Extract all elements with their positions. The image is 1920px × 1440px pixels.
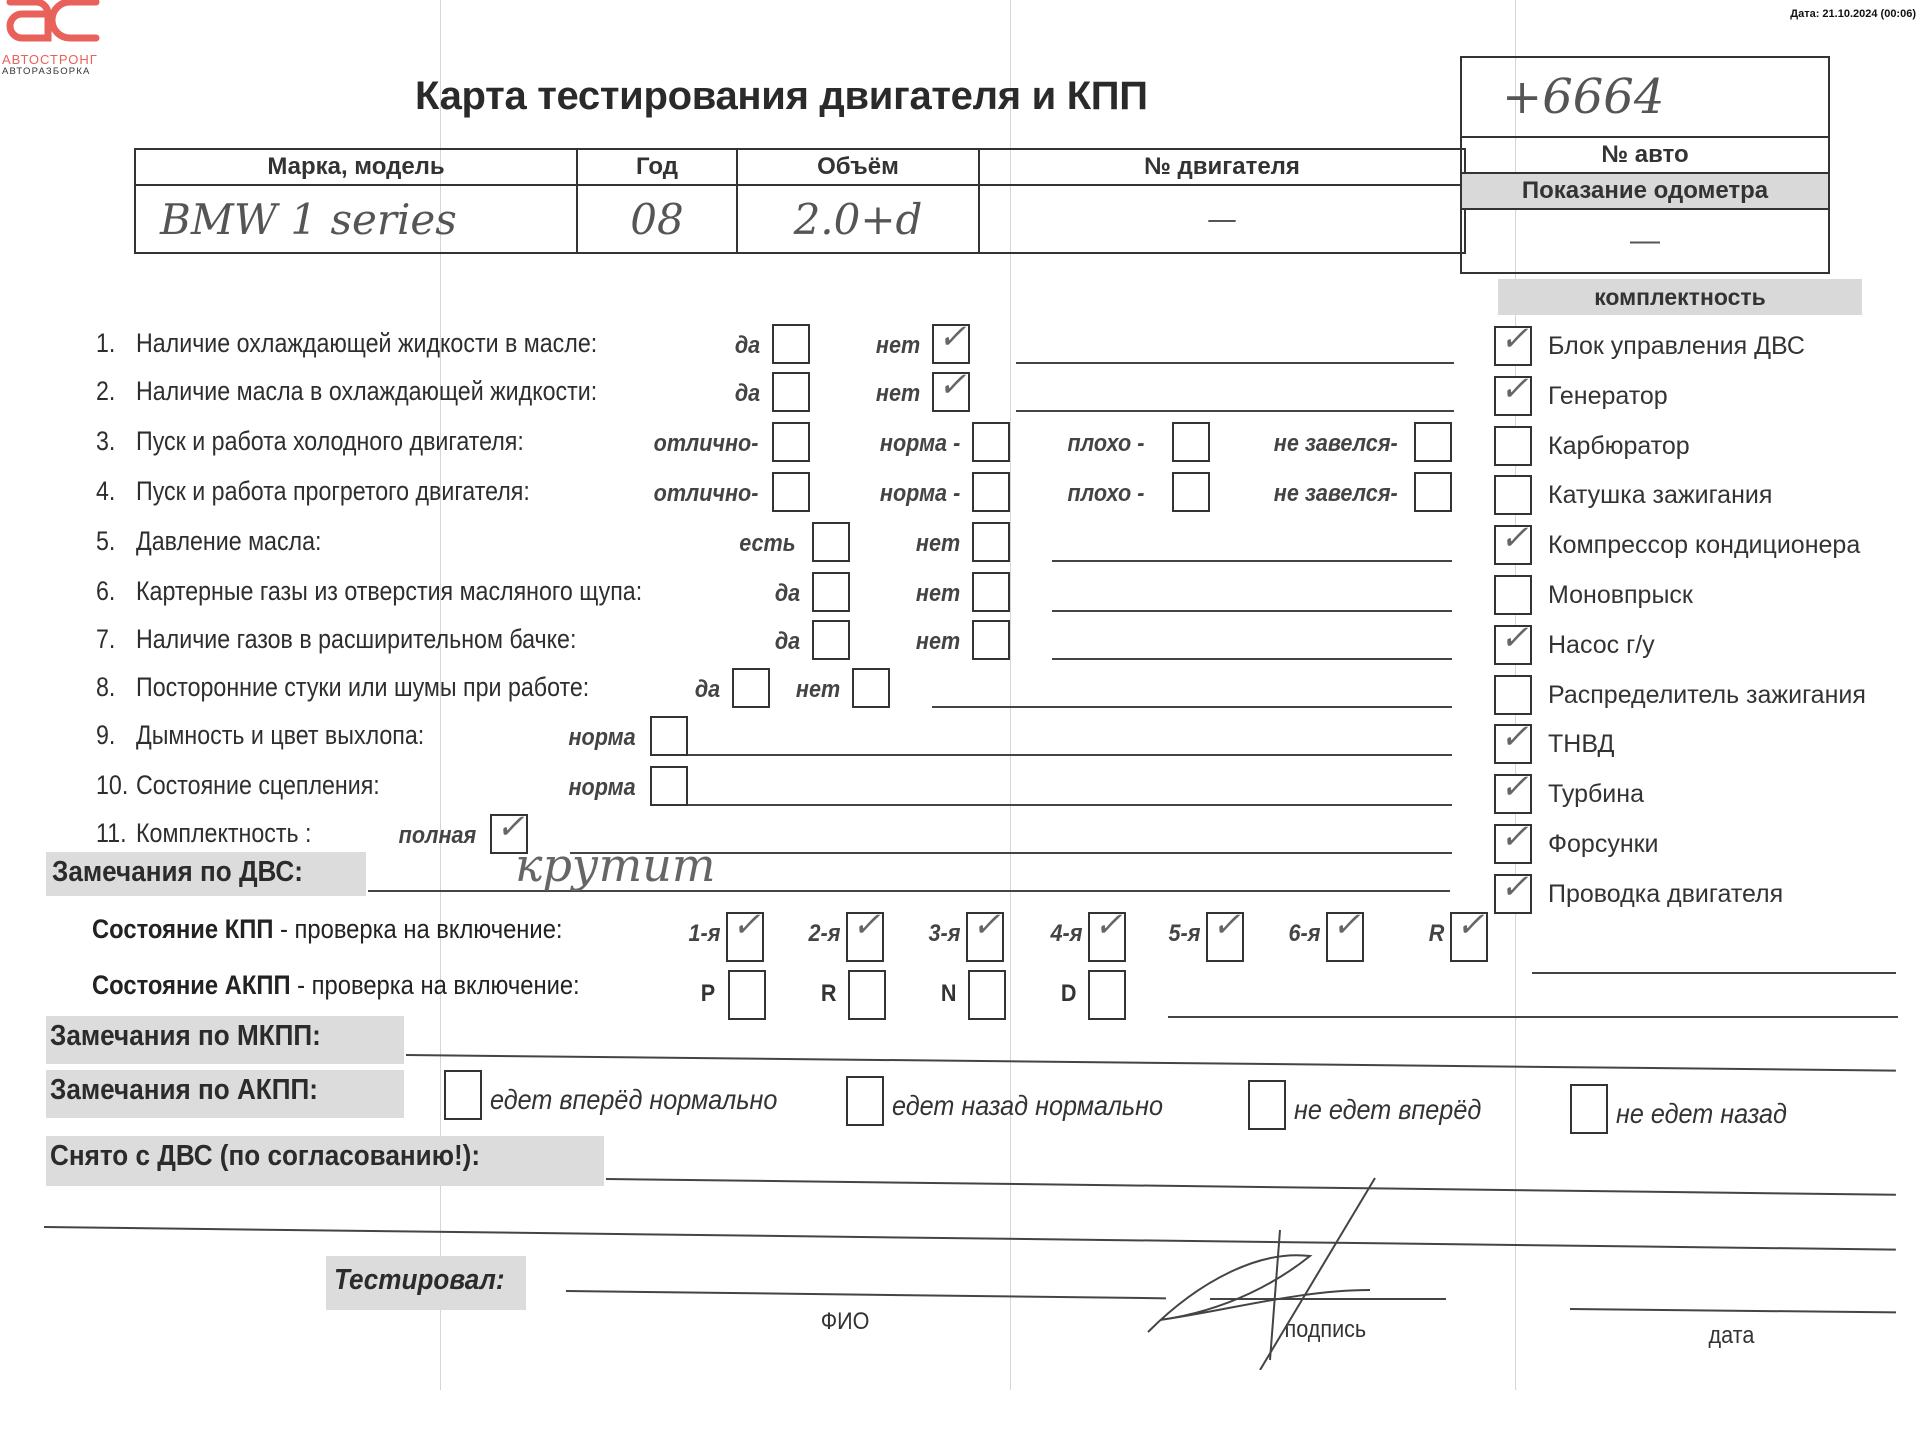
- check-mark-icon: ✓: [1500, 521, 1529, 555]
- kit-item-label: Карбюратор: [1548, 432, 1690, 461]
- check-mark-icon: ✓: [1332, 908, 1361, 942]
- gear-checkbox[interactable]: ✓: [1450, 912, 1488, 962]
- option-checkbox[interactable]: [972, 422, 1010, 462]
- tested-by-label: Тестировал:: [334, 1264, 505, 1297]
- volume-value[interactable]: 2.0+d: [737, 185, 979, 253]
- notes-line[interactable]: [932, 706, 1452, 708]
- check-mark-icon: ✓: [1500, 372, 1529, 406]
- engine-remarks-label: Замечания по ДВС:: [52, 856, 303, 889]
- auto-number-value[interactable]: +6664: [1462, 58, 1828, 138]
- kit-item-label: Форсунки: [1548, 830, 1659, 859]
- akpp-option-checkbox[interactable]: [444, 1070, 482, 1120]
- akpp-option-checkbox[interactable]: [1570, 1084, 1608, 1134]
- fio-line[interactable]: [566, 1290, 1166, 1299]
- akpp-remarks-label: Замечания по АКПП:: [50, 1074, 318, 1107]
- option-label: не завелся-: [1274, 430, 1398, 458]
- check-mark-icon: ✓: [1500, 322, 1529, 356]
- akpp-option-checkbox[interactable]: [846, 1076, 884, 1126]
- date-caption: дата: [1709, 1322, 1755, 1350]
- auto-number-box: +6664 № авто Показание одометра —: [1460, 56, 1830, 274]
- kit-checkbox[interactable]: [1494, 475, 1532, 515]
- question-text: Давление масла:: [136, 526, 321, 557]
- check-mark-icon: ✓: [1456, 908, 1485, 942]
- gear-label: 2-я: [808, 920, 840, 948]
- engine-remarks-value[interactable]: крутит: [515, 838, 715, 892]
- model-value[interactable]: BMW 1 series: [135, 185, 577, 253]
- mkpp-remarks-label: Замечания по МКПП:: [50, 1020, 321, 1053]
- kit-checkbox[interactable]: ✓: [1494, 625, 1532, 665]
- gear-checkbox[interactable]: ✓: [1088, 912, 1126, 962]
- option-label: да: [775, 580, 800, 608]
- option-label: да: [695, 676, 720, 704]
- gear-checkbox[interactable]: ✓: [846, 912, 884, 962]
- option-label: полная: [398, 822, 476, 850]
- option-label: норма: [569, 724, 636, 752]
- kit-item-label: Насос г/у: [1548, 631, 1655, 660]
- option-label: отлично-: [653, 480, 758, 508]
- akpp-option-label: едет назад нормально: [892, 1090, 1163, 1122]
- col-header-engine-number: № двигателя: [979, 149, 1465, 185]
- gear-label: 4-я: [1050, 920, 1082, 948]
- check-mark-icon: ✓: [1500, 820, 1529, 854]
- option-checkbox[interactable]: [1414, 422, 1452, 462]
- gear-label: 5-я: [1168, 920, 1200, 948]
- akpp-option-label: не едет вперёд: [1294, 1094, 1481, 1126]
- kit-item-label: ТНВД: [1548, 730, 1614, 759]
- gear-checkbox[interactable]: ✓: [966, 912, 1004, 962]
- kit-checkbox[interactable]: ✓: [1494, 326, 1532, 366]
- kpp-line: [1532, 972, 1896, 974]
- notes-line[interactable]: [1016, 362, 1454, 364]
- question-text: Картерные газы из отверстия масляного щу…: [136, 576, 642, 607]
- question-text: Посторонние стуки или шумы при работе:: [136, 672, 589, 703]
- position-label: N: [941, 980, 957, 1008]
- check-mark-icon: ✓: [972, 908, 1001, 942]
- notes-line[interactable]: [688, 754, 1452, 756]
- notes-line[interactable]: [1016, 410, 1454, 412]
- kit-title: комплектность: [1498, 279, 1862, 315]
- kit-checkbox[interactable]: ✓: [1494, 874, 1532, 914]
- option-checkbox[interactable]: [1414, 472, 1452, 512]
- option-checkbox[interactable]: [772, 324, 810, 364]
- removed-line-2[interactable]: [44, 1226, 1896, 1251]
- option-checkbox[interactable]: [852, 668, 890, 708]
- option-checkbox[interactable]: [772, 372, 810, 412]
- kit-checkbox[interactable]: ✓: [1494, 824, 1532, 864]
- question-text: Состояние сцепления:: [136, 770, 380, 801]
- page-title: Карта тестирования двигателя и КПП: [415, 74, 1148, 119]
- option-checkbox[interactable]: [650, 716, 688, 756]
- kit-item-label: Блок управления ДВС: [1548, 332, 1805, 361]
- option-label: да: [775, 628, 800, 656]
- option-checkbox[interactable]: [972, 472, 1010, 512]
- auto-number-label: № авто: [1462, 138, 1828, 174]
- option-label: отлично-: [653, 430, 758, 458]
- signature-icon: [1140, 1170, 1400, 1370]
- kit-item-label: Проводка двигателя: [1548, 880, 1783, 909]
- question-text: Наличие масла в охлаждающей жидкости:: [136, 376, 597, 407]
- question-text: Пуск и работа холодного двигателя:: [136, 426, 524, 457]
- option-checkbox[interactable]: [972, 572, 1010, 612]
- option-checkbox[interactable]: ✓: [932, 372, 970, 412]
- option-label: нет: [876, 332, 920, 360]
- gear-label: 1-я: [688, 920, 720, 948]
- gear-label: 3-я: [928, 920, 960, 948]
- option-checkbox[interactable]: [812, 620, 850, 660]
- odometer-value[interactable]: —: [1462, 210, 1828, 272]
- option-checkbox[interactable]: [772, 422, 810, 462]
- option-label: нет: [916, 628, 960, 656]
- odometer-label: Показание одометра: [1462, 174, 1828, 210]
- akpp-label: Состояние АКПП - проверка на включение:: [92, 970, 580, 1001]
- gear-label: 6-я: [1288, 920, 1320, 948]
- position-checkbox[interactable]: [1088, 970, 1126, 1020]
- option-label: нет: [916, 530, 960, 558]
- option-checkbox[interactable]: [1172, 472, 1210, 512]
- akpp-option-label: едет вперёд нормально: [490, 1084, 777, 1116]
- year-value[interactable]: 08: [577, 185, 737, 253]
- check-mark-icon: ✓: [1212, 908, 1241, 942]
- gear-checkbox[interactable]: ✓: [1206, 912, 1244, 962]
- akpp-option-checkbox[interactable]: [1248, 1080, 1286, 1130]
- removed-label: Снято с ДВС (по согласованию!):: [50, 1140, 480, 1173]
- option-checkbox[interactable]: [812, 522, 850, 562]
- akpp-line: [1168, 1016, 1898, 1018]
- option-label: плохо -: [1067, 430, 1144, 458]
- position-label: D: [1061, 980, 1077, 1008]
- question-number: 5.: [96, 526, 115, 557]
- kit-checkbox[interactable]: ✓: [1494, 376, 1532, 416]
- check-mark-icon: ✓: [852, 908, 881, 942]
- check-mark-icon: ✓: [1500, 870, 1529, 904]
- kpp-label-bold: Состояние КПП: [92, 914, 273, 944]
- akpp-label-bold: Состояние АКПП: [92, 970, 291, 1000]
- kpp-label: Состояние КПП - проверка на включение:: [92, 914, 563, 945]
- question-text: Наличие охлаждающей жидкости в масле:: [136, 328, 597, 359]
- option-label: да: [735, 332, 760, 360]
- question-number: 3.: [96, 426, 115, 457]
- question-number: 8.: [96, 672, 115, 703]
- fio-caption: ФИО: [821, 1308, 870, 1336]
- check-mark-icon: ✓: [938, 368, 967, 402]
- kit-checkbox[interactable]: [1494, 675, 1532, 715]
- question-text: Комплектность :: [136, 818, 311, 849]
- check-mark-icon: ✓: [1500, 621, 1529, 655]
- question-number: 7.: [96, 624, 115, 655]
- kit-item-label: Распределитель зажигания: [1548, 681, 1866, 710]
- check-mark-icon: ✓: [1094, 908, 1123, 942]
- check-mark-icon: ✓: [1500, 720, 1529, 754]
- option-checkbox[interactable]: [772, 472, 810, 512]
- kit-checkbox[interactable]: ✓: [1494, 774, 1532, 814]
- question-text: Наличие газов в расширительном бачке:: [136, 624, 576, 655]
- option-label: да: [735, 380, 760, 408]
- option-checkbox[interactable]: [732, 668, 770, 708]
- option-label: не завелся-: [1274, 480, 1398, 508]
- question-number: 10.: [96, 770, 128, 801]
- position-label: P: [701, 980, 715, 1008]
- option-label: нет: [916, 580, 960, 608]
- question-number: 6.: [96, 576, 115, 607]
- akpp-option-label: не едет назад: [1616, 1098, 1787, 1130]
- vehicle-info-table: Марка, модель Год Объём № двигателя BMW …: [134, 148, 1466, 254]
- option-label: норма: [569, 774, 636, 802]
- date-line[interactable]: [1570, 1308, 1896, 1313]
- position-checkbox[interactable]: [848, 970, 886, 1020]
- kit-item-label: Турбина: [1548, 780, 1644, 809]
- gear-checkbox[interactable]: ✓: [1326, 912, 1364, 962]
- col-header-model: Марка, модель: [135, 149, 577, 185]
- notes-line[interactable]: [1052, 560, 1452, 562]
- question-number: 9.: [96, 720, 115, 751]
- logo-name: АВТОСТРОНГ: [2, 52, 98, 67]
- gear-checkbox[interactable]: ✓: [726, 912, 764, 962]
- notes-line[interactable]: [688, 804, 1452, 806]
- mkpp-remarks-line[interactable]: [406, 1054, 1896, 1072]
- position-label: R: [821, 980, 837, 1008]
- option-label: нет: [796, 676, 840, 704]
- option-checkbox[interactable]: [812, 572, 850, 612]
- gear-label: R: [1428, 920, 1444, 948]
- check-mark-icon: ✓: [938, 320, 967, 354]
- question-number: 4.: [96, 476, 115, 507]
- option-checkbox[interactable]: [650, 766, 688, 806]
- position-checkbox[interactable]: [728, 970, 766, 1020]
- logo-subtitle: АВТОРАЗБОРКА: [2, 66, 91, 77]
- engine-number-value[interactable]: —: [979, 185, 1465, 253]
- option-label: норма -: [880, 430, 960, 458]
- kit-item-label: Генератор: [1548, 382, 1668, 411]
- kit-item-label: Компрессор кондиционера: [1548, 531, 1860, 560]
- option-checkbox[interactable]: ✓: [932, 324, 970, 364]
- question-number: 11.: [96, 818, 127, 849]
- col-header-volume: Объём: [737, 149, 979, 185]
- kit-checkbox[interactable]: [1494, 575, 1532, 615]
- option-label: есть: [740, 530, 796, 558]
- kit-checkbox[interactable]: ✓: [1494, 724, 1532, 764]
- question-text: Дымность и цвет выхлопа:: [136, 720, 424, 751]
- option-checkbox[interactable]: [972, 522, 1010, 562]
- kit-checkbox[interactable]: [1494, 426, 1532, 466]
- akpp-label-rest: - проверка на включение:: [291, 970, 580, 1000]
- col-header-year: Год: [577, 149, 737, 185]
- option-label: норма -: [880, 480, 960, 508]
- kit-item-label: Моновпрыск: [1548, 581, 1693, 610]
- option-checkbox[interactable]: [1172, 422, 1210, 462]
- check-mark-icon: ✓: [732, 908, 761, 942]
- position-checkbox[interactable]: [968, 970, 1006, 1020]
- kpp-label-rest: - проверка на включение:: [273, 914, 562, 944]
- kit-checkbox[interactable]: ✓: [1494, 525, 1532, 565]
- date-stamp: Дата: 21.10.2024 (00:06): [1790, 8, 1916, 20]
- notes-line[interactable]: [1052, 658, 1452, 660]
- check-mark-icon: ✓: [1500, 770, 1529, 804]
- notes-line[interactable]: [1052, 610, 1452, 612]
- question-number: 2.: [96, 376, 115, 407]
- option-checkbox[interactable]: [972, 620, 1010, 660]
- option-label: нет: [876, 380, 920, 408]
- ac-logo-icon: [2, 0, 102, 56]
- question-text: Пуск и работа прогретого двигателя:: [136, 476, 530, 507]
- question-number: 1.: [96, 328, 115, 359]
- option-label: плохо -: [1067, 480, 1144, 508]
- kit-item-label: Катушка зажигания: [1548, 481, 1772, 510]
